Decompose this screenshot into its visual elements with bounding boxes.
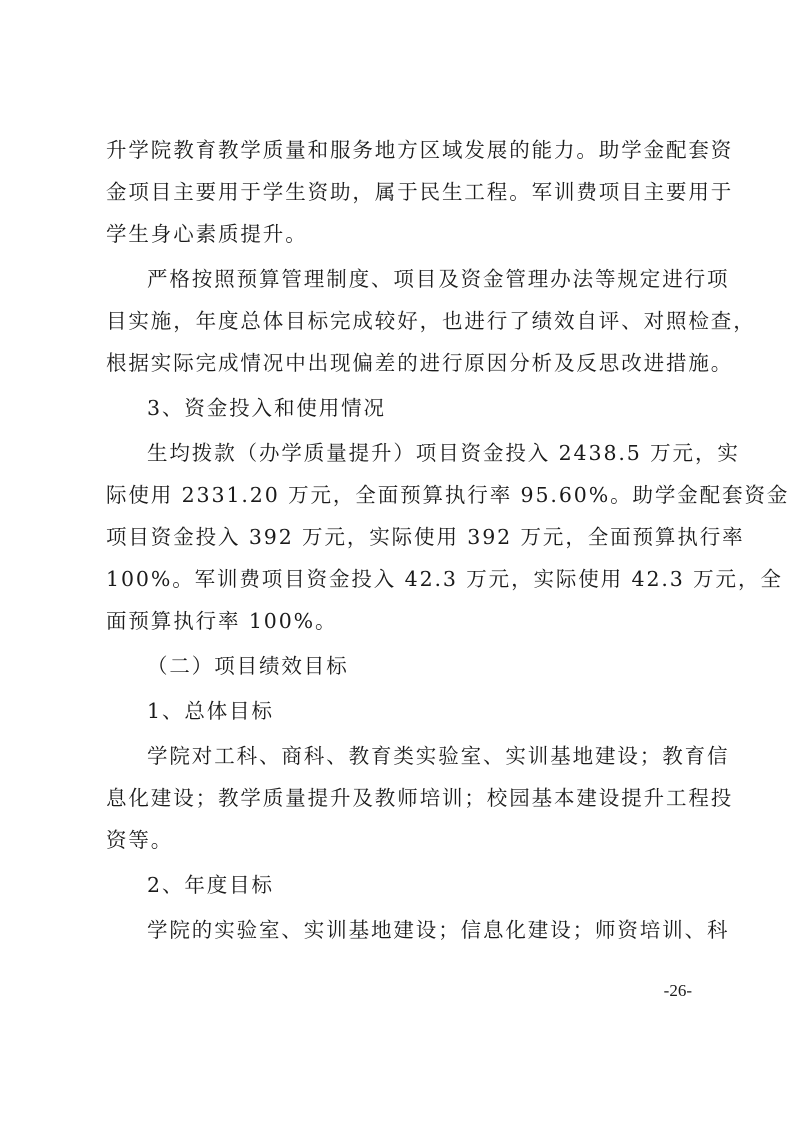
paragraph-line: 际使用 2331.20 万元，全面预算执行率 95.60%。助学金配套资金: [106, 474, 694, 516]
page-number: -26-: [664, 980, 692, 1002]
document-page: 升学院教育教学质量和服务地方区域发展的能力。助学金配套资金项目主要用于学生资助，…: [0, 0, 794, 1122]
paragraph-line: 目实施，年度总体目标完成较好，也进行了绩效自评、对照检查，: [106, 300, 694, 342]
paragraph-first-line: 生均拨款（办学质量提升）项目资金投入 2438.5 万元，实: [106, 432, 735, 474]
paragraph-first-line: 学院的实验室、实训基地建设；信息化建设；师资培训、科: [106, 909, 735, 951]
paragraph-line: 息化建设；教学质量提升及教师培训；校园基本建设提升工程投: [106, 777, 694, 819]
paragraph-line: 根据实际完成情况中出现偏差的进行原因分析及反思改进措施。: [106, 342, 694, 384]
paragraph-line: 资等。: [106, 819, 694, 861]
paragraph-line: 学生身心素质提升。: [106, 213, 694, 255]
paragraph-line: 升学院教育教学质量和服务地方区域发展的能力。助学金配套资: [106, 129, 694, 171]
paragraph-line: 100%。军训费项目资金投入 42.3 万元，实际使用 42.3 万元，全: [106, 558, 694, 600]
paragraph-first-line: 学院对工科、商科、教育类实验室、实训基地建设；教育信: [106, 735, 735, 777]
paragraph-first-line: 3、资金投入和使用情况: [106, 387, 735, 429]
paragraph-first-line: 严格按照预算管理制度、项目及资金管理办法等规定进行项: [106, 258, 735, 300]
paragraph-first-line: 2、年度目标: [106, 864, 735, 906]
paragraph-first-line: （二）项目绩效目标: [106, 645, 735, 687]
paragraph-first-line: 1、总体目标: [106, 690, 735, 732]
paragraph-line: 项目资金投入 392 万元，实际使用 392 万元，全面预算执行率: [106, 516, 694, 558]
paragraph-line: 面预算执行率 100%。: [106, 600, 694, 642]
paragraph-line: 金项目主要用于学生资助，属于民生工程。军训费项目主要用于: [106, 171, 694, 213]
